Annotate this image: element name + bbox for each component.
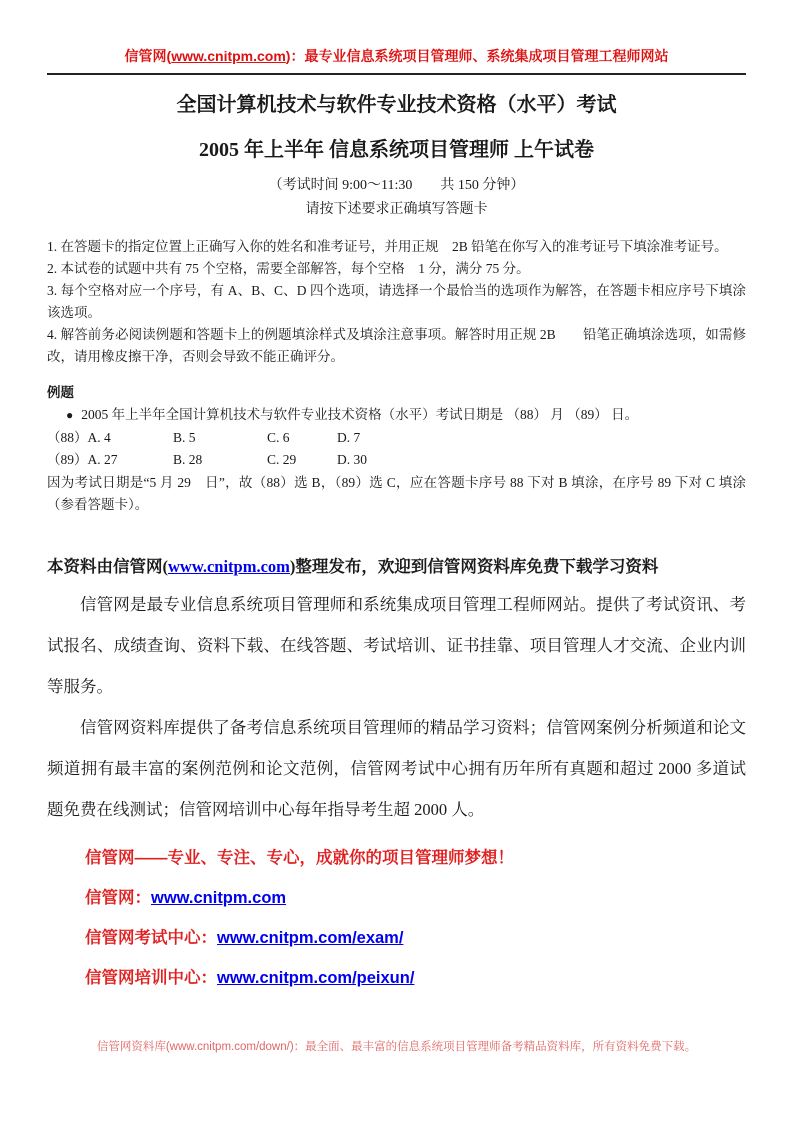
exam-subtitle: 2005 年上半年 信息系统项目管理师 上午试卷 [47, 133, 746, 162]
promo-link-label: 信管网培训中心： [85, 969, 217, 987]
promo-link-row: 信管网考试中心：www.cnitpm.com/exam/ [85, 918, 746, 958]
option-b: B. 28 [173, 449, 267, 472]
instruction-list: 1. 在答题卡的指定位置上正确写入你的姓名和准考证号，并用正规 2B 铅笔在你写… [47, 236, 746, 368]
site-header-prefix: 信管网( [125, 48, 172, 64]
option-row-label: （89） [47, 452, 88, 467]
bullet-icon: ● [66, 408, 73, 422]
option-cell: （88）A. 4 [47, 427, 173, 450]
promo-link-row: 信管网：www.cnitpm.com [85, 878, 746, 918]
promo-statement-link[interactable]: www.cnitpm.com [168, 557, 290, 576]
option-row: （88）A. 4 B. 5 C. 6 D. 7 [47, 427, 746, 450]
exam-title: 全国计算机技术与软件专业技术资格（水平）考试 [47, 88, 746, 117]
site-header: 信管网(www.cnitpm.com)：最专业信息系统项目管理师、系统集成项目管… [47, 46, 746, 75]
promo-exam-link[interactable]: www.cnitpm.com/exam/ [217, 929, 403, 947]
option-d: D. 7 [337, 427, 746, 450]
example-question: ●2005 年上半年全国计算机技术与软件专业技术资格（水平）考试日期是 （88）… [47, 404, 746, 427]
promo-statement-suffix: )整理发布，欢迎到信管网资料库免费下载学习资料 [290, 557, 659, 576]
promo-statement-prefix: 本资料由信管网( [47, 557, 168, 576]
exam-time: （考试时间 9:00～11:30 共 150 分钟） [47, 174, 746, 194]
promo-slogan: 信管网——专业、专注、专心，成就你的项目管理师梦想！ [85, 838, 746, 878]
example-question-text: 2005 年上半年全国计算机技术与软件专业技术资格（水平）考试日期是 （88） … [81, 407, 638, 422]
site-header-suffix: )：最专业信息系统项目管理师、系统集成项目管理工程师网站 [286, 48, 669, 64]
promo-links-block: 信管网——专业、专注、专心，成就你的项目管理师梦想！ 信管网：www.cnitp… [85, 838, 746, 998]
option-cell: （89）A. 27 [47, 449, 173, 472]
document-page: 信管网(www.cnitpm.com)：最专业信息系统项目管理师、系统集成项目管… [0, 0, 793, 1122]
site-header-link[interactable]: www.cnitpm.com [171, 48, 286, 64]
option-c: C. 29 [267, 449, 337, 472]
page-content: 信管网(www.cnitpm.com)：最专业信息系统项目管理师、系统集成项目管… [0, 0, 793, 998]
promo-link-row: 信管网培训中心：www.cnitpm.com/peixun/ [85, 958, 746, 998]
example-heading: 例题 [47, 382, 746, 404]
instruction-item: 4. 解答前务必阅读例题和答题卡上的例题填涂样式及填涂注意事项。解答时用正规 2… [47, 324, 746, 368]
option-a: A. 4 [88, 430, 111, 445]
promo-home-link[interactable]: www.cnitpm.com [151, 889, 286, 907]
option-row-label: （88） [47, 430, 88, 445]
promo-link-label: 信管网考试中心： [85, 929, 217, 947]
option-row: （89）A. 27 B. 28 C. 29 D. 30 [47, 449, 746, 472]
promo-training-link[interactable]: www.cnitpm.com/peixun/ [217, 969, 414, 987]
example-explanation: 因为考试日期是“5 月 29 日”，故（88）选 B，（89）选 C，应在答题卡… [47, 472, 746, 517]
promo-paragraph-1: 信管网是最专业信息系统项目管理师和系统集成项目管理工程师网站。提供了考试资讯、考… [47, 584, 746, 707]
promo-paragraph-2: 信管网资料库提供了备考信息系统项目管理师的精品学习资料；信管网案例分析频道和论文… [47, 707, 746, 830]
instruction-item: 3. 每个空格对应一个序号，有 A、B、C、D 四个选项，请选择一个最恰当的选项… [47, 280, 746, 324]
page-footer: 信管网资料库(www.cnitpm.com/down/)：最全面、最丰富的信息系… [0, 1038, 793, 1054]
instruction-item: 2. 本试卷的试题中共有 75 个空格，需要全部解答，每个空格 1 分，满分 7… [47, 258, 746, 280]
promo-statement: 本资料由信管网(www.cnitpm.com)整理发布，欢迎到信管网资料库免费下… [47, 553, 746, 577]
option-a: A. 27 [88, 452, 118, 467]
option-b: B. 5 [173, 427, 267, 450]
option-c: C. 6 [267, 427, 337, 450]
option-d: D. 30 [337, 449, 746, 472]
instruction-item: 1. 在答题卡的指定位置上正确写入你的姓名和准考证号，并用正规 2B 铅笔在你写… [47, 236, 746, 258]
promo-link-label: 信管网： [85, 889, 151, 907]
fill-instruction: 请按下述要求正确填写答题卡 [47, 198, 746, 218]
